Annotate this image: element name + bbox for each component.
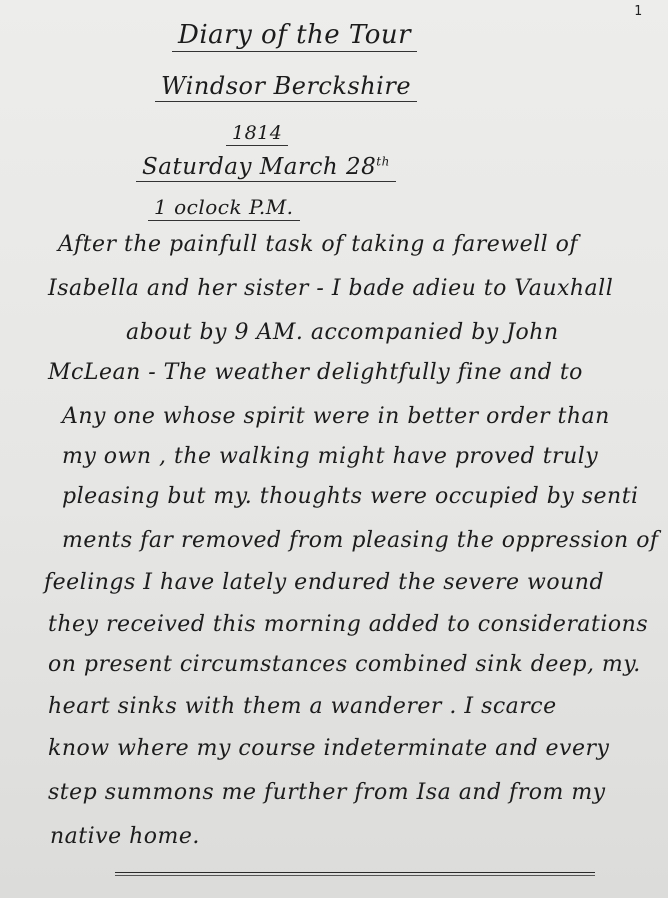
diary-date: Saturday March 28th [136,154,396,182]
entry-line: on present circumstances combined sink d… [48,652,641,677]
entry-line: about by 9 AM. accompanied by John [126,320,559,345]
entry-line: feelings I have lately endured the sever… [44,570,604,595]
entry-line: pleasing but my. thoughts were occupied … [62,484,639,509]
diary-date-text: Saturday March 28 [142,154,376,180]
entry-line: my own , the walking might have proved t… [62,444,598,469]
page-number: 1 [634,4,642,19]
entry-line: step summons me further from Isa and fro… [48,780,606,805]
diary-date-suffix: th [376,154,390,168]
diary-time: 1 oclock P.M. [148,195,300,221]
end-rule-divider-secondary [115,875,595,876]
diary-title: Diary of the Tour [172,20,417,52]
entry-line: native home. [50,824,200,849]
end-rule-divider [115,872,595,873]
entry-line: they received this morning added to cons… [48,612,648,637]
entry-line: Isabella and her sister - I bade adieu t… [48,276,613,301]
entry-line: ments far removed from pleasing the oppr… [62,528,659,553]
diary-year: 1814 [226,122,288,146]
diary-location: Windsor Berckshire [155,72,417,102]
entry-line: Any one whose spirit were in better orde… [62,404,610,429]
entry-line: McLean - The weather delightfully fine a… [48,360,583,385]
entry-line: heart sinks with them a wanderer . I sca… [48,694,557,719]
entry-line: know where my course indeterminate and e… [48,736,609,761]
entry-line: After the painfull task of taking a fare… [58,232,578,257]
